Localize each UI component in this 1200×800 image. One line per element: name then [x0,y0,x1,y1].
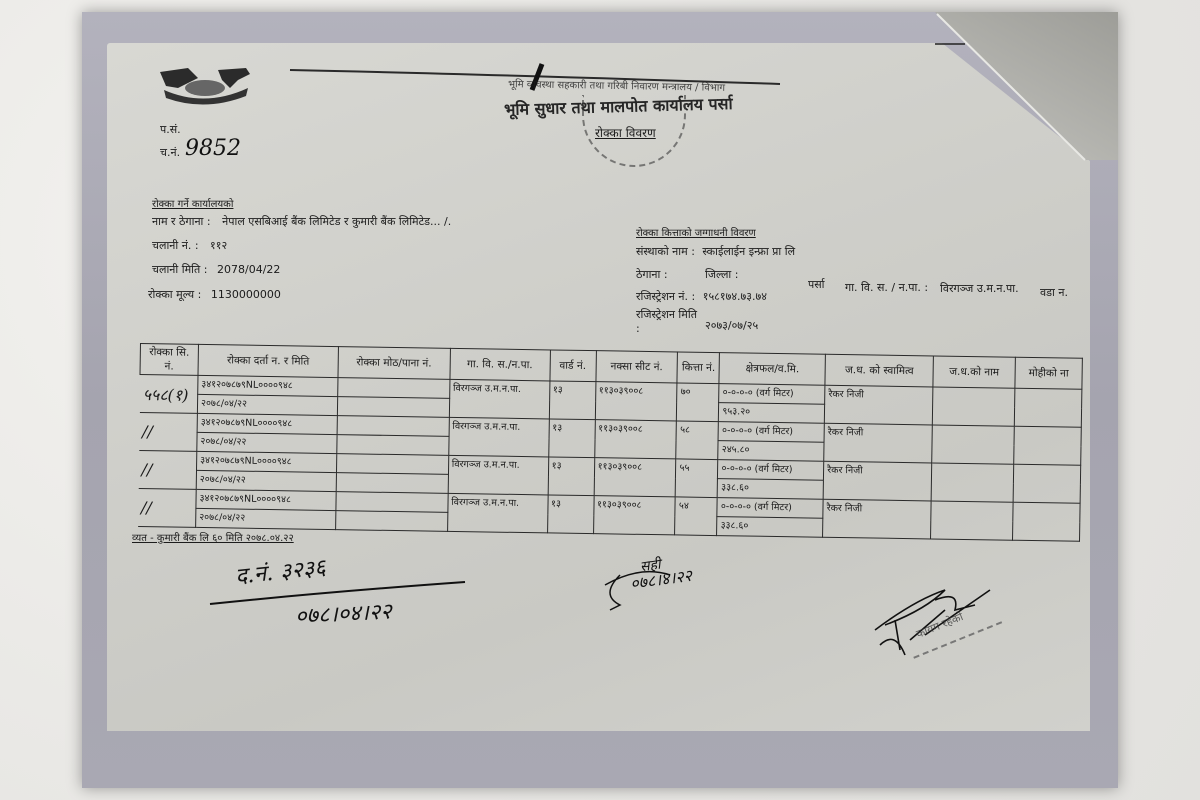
cell-ownership: रैकर निजी [823,499,931,539]
footnote: व्यत - कुमारी बैंक लि ६० मिति २०७८.०४.२२ [132,530,294,544]
cell-vdc: विरगञ्ज उ.म.न.पा. [447,493,547,533]
cell-reg-date: २०७८/०४/२२ [196,470,336,491]
cell-tenant [1013,502,1081,541]
cell-tenant [1014,388,1082,427]
cell-tenant [1014,426,1082,465]
cell-sn: // [138,488,197,527]
name-address-row: नाम र ठेगाना : नेपाल एसबिआई बैंक लिमिटेड… [152,214,451,229]
cell-owner-name [932,387,1014,426]
cell-area-unit: ०-०-०-० (वर्ग मिटर) [718,422,824,443]
cell-reg-date: २०७८/०४/२२ [196,508,336,529]
cell-area: ३३८.६० [717,517,823,538]
name-address-value: नेपाल एसबिआई बैंक लिमिटेड र कुमारी बैंक … [222,215,451,228]
cell-moth [338,378,450,399]
cell-reg-no: ३४१२०७८७९NL००००९४८ [198,375,338,396]
vdc-value: विरगञ्ज उ.म.न.पा. [940,281,1019,296]
col-header: ज.ध. को स्वामित्व [825,354,933,387]
cell-kitta: ५४ [675,497,718,536]
nepal-emblem-icon [158,66,253,108]
cha-na-value: 9852 [185,136,241,161]
col-header: मोहीको ना [1015,357,1082,389]
requesting-office-heading: रोक्का गर्ने कार्यालयको [152,196,233,210]
cell-vdc: विरगञ्ज उ.म.न.पा. [448,455,548,495]
chalani-no-row: चलानी नं. : ११२ [152,238,227,253]
reg-no-value: १५८१७४.७३.७४ [703,290,767,303]
cell-ownership: रैकर निजी [824,423,932,463]
cell-kitta: ५५ [676,459,719,498]
cell-owner-name [932,425,1014,464]
chalani-date-value: 2078/04/22 [217,263,280,276]
cell-moth [336,492,448,513]
col-header: ज.ध.को नाम [933,356,1015,388]
cell-kitta: ५८ [676,421,719,460]
cell-sn: ५५८(१) [139,375,198,414]
cell-reg-no: ३४१२०७८७९NL००००९४८ [196,451,336,472]
cha-na-label: च.नं. [160,145,180,160]
cell-sheet: ११३०३९००८ [593,496,676,535]
cell-ownership: रैकर निजी [823,461,931,501]
cell-area-unit: ०-०-०-० (वर्ग मिटर) [719,384,825,405]
vdc-label: गा. वि. स. / न.पा. : [845,280,928,295]
rokka-table: रोक्का सि. नं. रोक्का दर्ता न. र मिति रो… [137,343,1083,542]
cell-sheet: ११३०३९००८ [594,458,677,497]
address-label: ठेगाना : [636,267,668,282]
cell-moth [337,435,449,456]
reg-no-row: रजिस्ट्रेशन नं. : १५८१७४.७३.७४ [636,289,767,304]
cell-moth [336,473,448,494]
cell-area-unit: ०-०-०-० (वर्ग मिटर) [717,498,823,519]
initial-scribble-icon [600,555,680,615]
cell-kitta: ७० [677,383,720,422]
cell-area: ९५३.२० [719,403,825,424]
col-header: नक्सा सीट नं. [595,351,677,383]
org-name-row: संस्थाको नाम : स्काईलाईन इन्फ्रा प्रा लि [636,244,795,259]
col-header: रोक्का मोठ/पाना नं. [338,347,450,380]
cell-tenant [1013,464,1081,503]
org-name-value: स्काईलाईन इन्फ्रा प्रा लि [702,245,795,258]
cell-moth [337,397,449,418]
cell-sn: // [139,412,198,451]
cell-sn: // [138,450,197,489]
cell-ward: १३ [548,419,595,458]
pa-san-label: प.सं. [160,122,181,137]
cell-owner-name [931,463,1013,502]
cell-reg-date: २०७८/०४/२२ [197,432,337,453]
cell-reg-date: २०७८/०४/२२ [197,394,337,415]
chalani-no-value: ११२ [210,239,227,252]
cell-ownership: रैकर निजी [825,385,933,425]
cell-area: २४५.८० [718,441,824,462]
cell-area-unit: ०-०-०-० (वर्ग मिटर) [718,460,824,481]
cell-sheet: ११३०३९००८ [595,382,678,421]
rokka-value-row: रोक्का मूल्य : 1130000000 [148,287,281,302]
reg-no-label: रजिस्ट्रेशन नं. : [636,290,695,303]
cell-ward: १३ [547,495,594,534]
cell-vdc: विरगञ्ज उ.म.न.पा. [449,379,549,419]
cell-owner-name [931,501,1013,540]
col-header: गा. वि. स./न.पा. [450,348,550,381]
ward-label: वडा न. [1040,285,1068,300]
cell-reg-no: ३४१२०७८७९NL००००९४८ [197,413,337,434]
name-address-label: नाम र ठेगाना : [152,215,211,228]
cell-ward: १३ [548,457,595,496]
chalani-date-row: चलानी मिति : 2078/04/22 [152,262,280,277]
col-header: क्षेत्रफल/व.मि. [719,353,825,386]
reg-date-colon: : [636,322,640,335]
district-label: जिल्ला : [705,267,738,282]
col-header: वार्ड नं. [550,350,596,382]
cell-ward: १३ [549,381,596,420]
fold-crease [935,12,1125,172]
col-header: रोक्का सि. नं. [140,344,198,376]
reg-date-value: २०७३/०७/२५ [705,318,758,333]
rokka-value-label: रोक्का मूल्य : [148,288,201,301]
cell-moth [336,454,448,475]
cell-moth [337,416,449,437]
col-header: कित्ता नं. [677,352,719,384]
district-value: पर्सा [808,277,825,292]
landowner-heading: रोक्का कित्ताको जग्गाधनी विवरण [636,225,756,239]
cell-vdc: विरगञ्ज उ.म.न.पा. [448,417,548,457]
handwritten-ref-bottom: ०७८।०४।२२ [294,595,392,630]
cell-moth [335,511,447,532]
chalani-no-label: चलानी नं. : [152,239,199,252]
col-header: रोक्का दर्ता न. र मिति [198,344,338,377]
cell-sheet: ११३०३९००८ [594,420,677,459]
rokka-value-value: 1130000000 [211,288,281,301]
org-name-label: संस्थाको नाम : [636,245,695,258]
cell-area: ३३८.६० [718,479,824,500]
reg-date-label: रजिस्ट्रेशन मिति [636,307,697,322]
cell-reg-no: ३४१२०७८७९NL००००९४८ [196,489,336,510]
chalani-date-label: चलानी मिति : [152,263,208,276]
